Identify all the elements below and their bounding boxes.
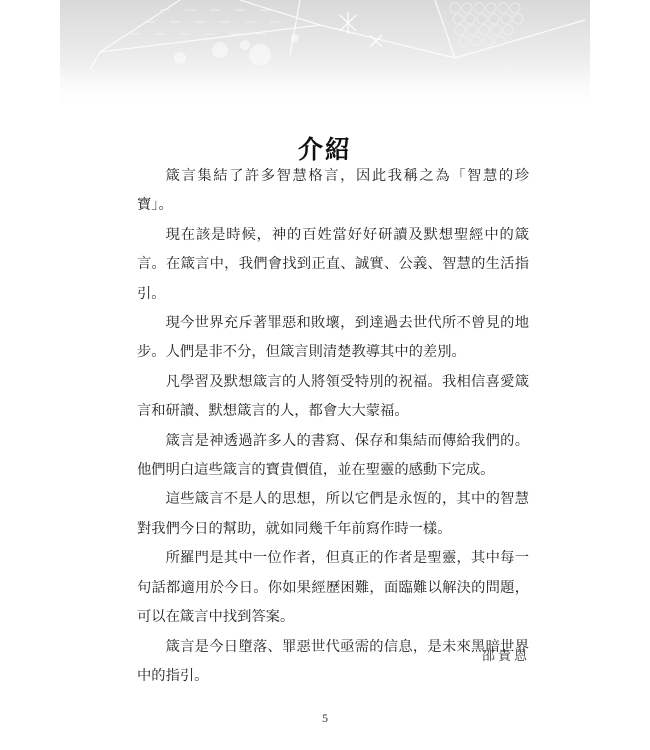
header-decoration (60, 0, 590, 112)
paragraph: 這些箴言不是人的思想，所以它們是永恆的，其中的智慧對我們今日的幫助，就如同幾千年… (137, 485, 529, 544)
document-body: 箴言集結了許多智慧格言，因此我稱之為「智慧的珍寶」。 現在該是時候，神的百姓當好… (137, 162, 529, 691)
page-title: 介紹 (0, 130, 650, 166)
paragraph: 現今世界充斥著罪惡和敗壞，到達過去世代所不曾見的地步。人們是非不分，但箴言則清楚… (137, 309, 529, 368)
paragraph: 凡學習及默想箴言的人將領受特別的祝福。我相信喜愛箴言和研讀、默想箴言的人，都會大… (137, 368, 529, 427)
author-signature: 邵貴恩 (482, 645, 530, 664)
page-number: 5 (0, 711, 650, 726)
paragraph: 箴言集結了許多智慧格言，因此我稱之為「智慧的珍寶」。 (137, 162, 529, 221)
paragraph: 現在該是時候，神的百姓當好好研讀及默想聖經中的箴言。在箴言中，我們會找到正直、誠… (137, 221, 529, 309)
paragraph: 所羅門是其中一位作者，但真正的作者是聖靈，其中每一句話都適用於今日。你如果經歷困… (137, 544, 529, 632)
paragraph: 箴言是今日墮落、罪惡世代亟需的信息，是未來黑暗世界中的指引。 (137, 633, 529, 692)
paragraph: 箴言是神透過許多人的書寫、保存和集結而傳給我們的。他們明白這些箴言的寶貴價值，並… (137, 427, 529, 486)
header-fade (60, 62, 590, 112)
